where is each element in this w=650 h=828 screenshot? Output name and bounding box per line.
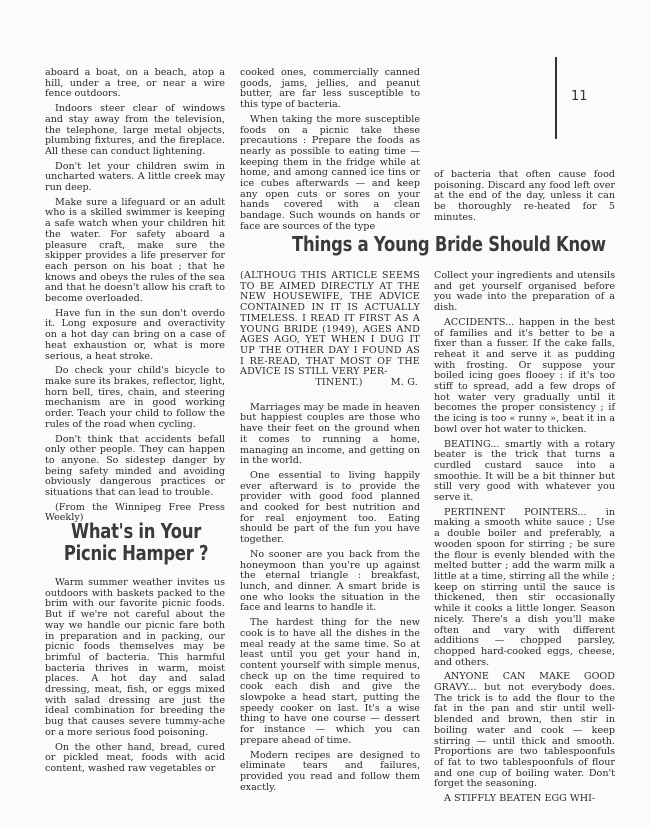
bride-article-column-3: Collect your ingredients and utensils an… — [434, 271, 615, 809]
paragraph: Indoors steer clear of windows and stay … — [45, 104, 225, 158]
paragraph: One essential to living happily ever aft… — [240, 471, 420, 546]
bride-article-title: Things a Young Bride Should Know — [292, 232, 606, 256]
paragraph: Do check your child's bicycle to make su… — [45, 366, 225, 430]
intro-text: (ALTHOUG THIS ARTICLE SEEMS TO BE AIMED … — [240, 270, 420, 377]
paragraph: aboard a boat, on a beach, atop a hill, … — [45, 68, 225, 100]
paragraph: Marriages may be made in heaven but happ… — [240, 403, 420, 467]
paragraph: Don't let your children swim in uncharte… — [45, 162, 225, 194]
safety-article-column: aboard a boat, on a beach, atop a hill, … — [45, 68, 225, 528]
page-number-rule — [555, 57, 557, 139]
paragraph: Don't think that accidents befall only o… — [45, 435, 225, 499]
editor-intro-note: (ALTHOUG THIS ARTICLE SEEMS TO BE AIMED … — [240, 271, 420, 389]
paragraph: A STIFFLY BEATEN EGG WHI- — [434, 794, 615, 805]
paragraph: On the other hand, bread, cured or pickl… — [45, 743, 225, 775]
paragraph: ACCIDENTS... happen in the best of famil… — [434, 318, 615, 436]
paragraph: Collect your ingredients and utensils an… — [434, 271, 615, 314]
picnic-article-column-1: Warm summer weather invites us outdoors … — [45, 578, 225, 779]
paragraph: Warm summer weather invites us outdoors … — [45, 578, 225, 739]
paragraph: The hardest thing for the new cook is to… — [240, 618, 420, 746]
paragraph: BEATING... smartly with a rotary beater … — [434, 440, 615, 504]
intro-end: TINENT.) — [315, 377, 362, 388]
intro-signature-line: TINENT.)M. G. — [240, 378, 420, 389]
paragraph: Modern recipes are designed to eliminate… — [240, 751, 420, 794]
picnic-article-column-3: of bacteria that often cause food poison… — [434, 170, 615, 228]
paragraph: When taking the more susceptible foods o… — [240, 115, 420, 233]
paragraph: ANYONE CAN MAKE GOOD GRAVY... but not ev… — [434, 672, 615, 790]
bride-article-column-2: (ALTHOUG THIS ARTICLE SEEMS TO BE AIMED … — [240, 271, 420, 797]
author-initials: M. G. — [391, 377, 418, 388]
paragraph: No sooner are you back from the honeymoo… — [240, 550, 420, 614]
paragraph: Make sure a lifeguard or an adult who is… — [45, 198, 225, 305]
paragraph: Have fun in the sun don't overdo it. Lon… — [45, 309, 225, 363]
picnic-article-title: What's in Your Picnic Hamper ? — [52, 520, 220, 564]
paragraph: of bacteria that often cause food poison… — [434, 170, 615, 224]
paragraph: cooked ones, commercially canned goods, … — [240, 68, 420, 111]
page-number: 11 — [571, 89, 588, 104]
picnic-article-column-2: cooked ones, commercially canned goods, … — [240, 68, 420, 237]
paragraph: PERTINENT POINTERS... in making a smooth… — [434, 508, 615, 669]
